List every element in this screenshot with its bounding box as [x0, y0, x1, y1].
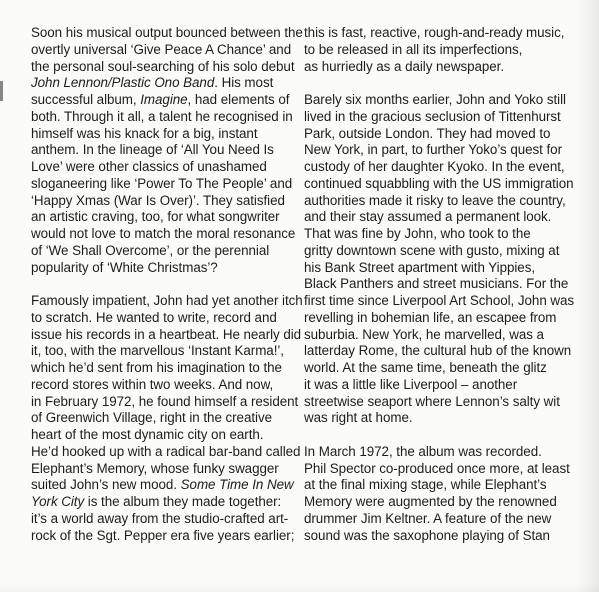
text-line: the personal soul-searching of his solo …: [31, 59, 303, 76]
text-line: both. Through it all, a talent he recogn…: [31, 109, 303, 126]
text-line: his Bank Street apartment with Yippies,: [304, 260, 584, 277]
text-line: record stores within two weeks. And now,: [31, 377, 303, 394]
text-line: Black Panthers and street musicians. For…: [304, 276, 584, 293]
page-bottom-shadow: [0, 582, 599, 592]
text-line: gritty downtown scene with gusto, mixing…: [304, 243, 584, 260]
text-line: and their stay assumed a permanent look.: [304, 209, 584, 226]
text-line: suited John’s new mood. Some Time In New: [31, 477, 303, 494]
text-line: overtly universal ‘Give Peace A Chance’ …: [31, 42, 303, 59]
paragraph: In March 1972, the album was recorded.Ph…: [304, 444, 584, 545]
text-line: popularity of ‘White Christmas’?: [31, 260, 303, 277]
text-line: in February 1972, he found himself a res…: [31, 394, 303, 411]
text-line: That was fine by John, who took to the: [304, 226, 584, 243]
text-line: of Greenwich Village, right in the creat…: [31, 410, 303, 427]
text-line: this is fast, reactive, rough-and-ready …: [304, 25, 584, 42]
italic-title: John Lennon/Plastic Ono Band: [31, 75, 214, 90]
text-line: as hurriedly as a daily newspaper.: [304, 59, 584, 76]
text-line: it, too, with the marvellous ‘Instant Ka…: [31, 343, 303, 360]
text-line: John Lennon/Plastic Ono Band. His most: [31, 75, 303, 92]
text-line: himself was his knack for a big, instant: [31, 126, 303, 143]
text-line: New York, in part, to further Yoko’s que…: [304, 142, 584, 159]
text-line: Soon his musical output bounced between …: [31, 25, 303, 42]
text-line: Elephant’s Memory, whose funky swagger: [31, 461, 303, 478]
text-line: world. At the same time, beneath the gli…: [304, 360, 584, 377]
text-line: custody of her daughter Kyoko. In the ev…: [304, 159, 584, 176]
text-line: streetwise seaport where Lennon’s salty …: [304, 394, 584, 411]
left-column: Soon his musical output bounced between …: [31, 25, 303, 561]
text-line: Barely six months earlier, John and Yoko…: [304, 92, 584, 109]
text-run: , had elements of: [188, 92, 290, 107]
text-line: heart of the most dynamic city on earth.: [31, 427, 303, 444]
text-run: is the album they made together:: [84, 494, 281, 509]
text-run: . His most: [214, 75, 273, 90]
text-line: drummer Jim Keltner. A feature of the ne…: [304, 511, 584, 528]
text-line: suburbia. New York, he marvelled, was a: [304, 327, 584, 344]
text-line: would not love to match the moral resona…: [31, 226, 303, 243]
text-line: Phil Spector co-produced once more, at l…: [304, 461, 584, 478]
paragraph: Famously impatient, John had yet another…: [31, 293, 303, 544]
text-line: an artistic craving, too, for what songw…: [31, 209, 303, 226]
italic-title: Imagine: [140, 92, 187, 107]
text-line: issue his records in a heartbeat. He nea…: [31, 327, 303, 344]
text-line: sound was the saxophone playing of Stan: [304, 528, 584, 545]
text-line: ‘Happy Xmas (War Is Over)’. They satisfi…: [31, 193, 303, 210]
right-column: this is fast, reactive, rough-and-ready …: [304, 25, 584, 561]
text-line: it’s a world away from the studio-crafte…: [31, 511, 303, 528]
text-line: Famously impatient, John had yet another…: [31, 293, 303, 310]
text-line: first time since Liverpool Art School, J…: [304, 293, 584, 310]
italic-title: Some Time In New: [181, 477, 294, 492]
text-line: latterday Rome, the cultural hub of the …: [304, 343, 584, 360]
text-line: In March 1972, the album was recorded.: [304, 444, 584, 461]
text-line: anthem. In the lineage of ‘All You Need …: [31, 142, 303, 159]
text-line: lived in the gracious seclusion of Titte…: [304, 109, 584, 126]
text-line: rock of the Sgt. Pepper era five years e…: [31, 528, 303, 545]
binding-mark: [0, 81, 3, 101]
text-line: of ‘We Shall Overcome’, or the perennial: [31, 243, 303, 260]
text-line: authorities made it risky to leave the c…: [304, 193, 584, 210]
text-line: York City is the album they made togethe…: [31, 494, 303, 511]
text-line: Memory were augmented by the renowned: [304, 494, 584, 511]
paragraph: Soon his musical output bounced between …: [31, 25, 303, 276]
text-run: suited John’s new mood.: [31, 477, 181, 492]
text-line: to be released in all its imperfections,: [304, 42, 584, 59]
text-line: which he’d sent from his imagination to …: [31, 360, 303, 377]
text-line: to scratch. He wanted to write, record a…: [31, 310, 303, 327]
text-line: revelling in bohemian life, an escapee f…: [304, 310, 584, 327]
text-line: was right at home.: [304, 410, 584, 427]
text-line: at the final mixing stage, while Elephan…: [304, 477, 584, 494]
paragraph: this is fast, reactive, rough-and-ready …: [304, 25, 584, 75]
text-line: continued squabbling with the US immigra…: [304, 176, 584, 193]
text-line: successful album, Imagine, had elements …: [31, 92, 303, 109]
text-line: Love’ were other classics of unashamed: [31, 159, 303, 176]
paragraph: Barely six months earlier, John and Yoko…: [304, 92, 584, 427]
text-line: it was a little like Liverpool – another: [304, 377, 584, 394]
italic-title: York City: [31, 494, 84, 509]
text-line: He’d hooked up with a radical bar-band c…: [31, 444, 303, 461]
text-run: successful album,: [31, 92, 140, 107]
text-line: Park, outside London. They had moved to: [304, 126, 584, 143]
text-line: sloganeering like ‘Power To The People’ …: [31, 176, 303, 193]
